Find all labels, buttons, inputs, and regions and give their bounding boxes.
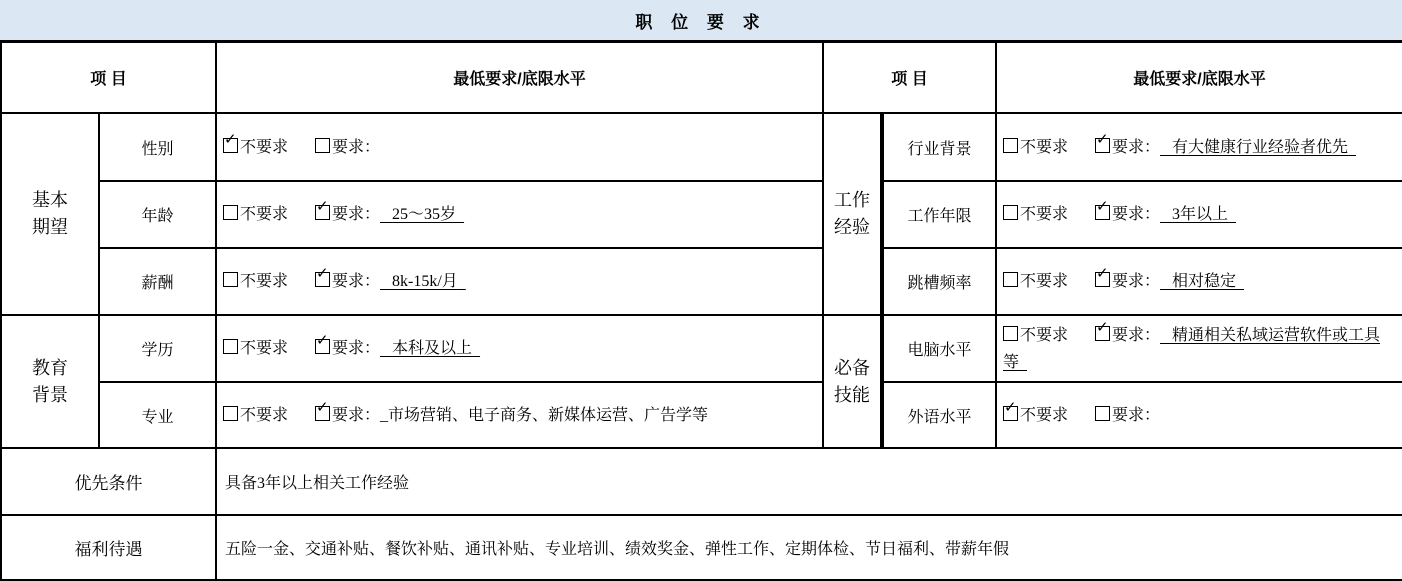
no-requirement-option: 不要求: [223, 201, 288, 228]
req-computer-skill-cell: 不要求要求：精通相关私域运营软件或工具等: [997, 316, 1402, 381]
requirement-option: 要求：: [1095, 201, 1160, 228]
no-requirement-checkbox[interactable]: [1003, 272, 1018, 287]
requirement-checkbox[interactable]: [1095, 326, 1110, 341]
requirement-value: 3年以上: [1160, 206, 1236, 223]
requirement-option: 要求：: [315, 134, 380, 161]
benefits-value: 五险一金、交通补贴、餐饮补贴、通讯补贴、专业培训、绩效奖金、弹性工作、定期体检、…: [217, 516, 1402, 579]
requirement-option: 要求：: [1095, 134, 1160, 161]
requirement-label: 要求：: [332, 139, 380, 156]
attr-work-years: 工作年限: [884, 182, 995, 247]
no-requirement-label: 不要求: [1020, 273, 1068, 290]
requirement-label: 要求：: [332, 206, 380, 223]
group-work-experience: 工作 经验: [824, 114, 880, 314]
requirement-option: 要求：: [315, 335, 380, 362]
requirement-option: 要求：: [315, 201, 380, 228]
header-item-left: 项 目: [2, 43, 215, 112]
req-gender-cell: 不要求要求：: [217, 114, 822, 180]
requirement-checkbox[interactable]: [1095, 406, 1110, 421]
no-requirement-checkbox[interactable]: [1003, 326, 1018, 341]
req-education-cell: 不要求要求：本科及以上: [217, 316, 822, 381]
no-requirement-checkbox[interactable]: [1003, 205, 1018, 220]
req-major-cell: 不要求要求：_市场营销、电子商务、新媒体运营、广告学等: [217, 383, 822, 447]
no-requirement-option: 不要求: [223, 268, 288, 295]
no-requirement-checkbox[interactable]: [223, 406, 238, 421]
priority-conditions-value: 具备3年以上相关工作经验: [217, 449, 1402, 514]
no-requirement-option: 不要求: [1003, 322, 1068, 349]
requirement-option: 要求：: [1095, 402, 1160, 429]
requirement-checkbox[interactable]: [315, 339, 330, 354]
no-requirement-label: 不要求: [1020, 327, 1068, 344]
req-job-hopping-cell: 不要求要求：相对稳定: [997, 249, 1402, 314]
no-requirement-label: 不要求: [240, 139, 288, 156]
req-age-cell: 不要求要求：25～35岁: [217, 182, 822, 247]
no-requirement-checkbox[interactable]: [223, 205, 238, 220]
attr-salary: 薪酬: [100, 249, 215, 314]
requirement-option: 要求：: [1095, 268, 1160, 295]
requirement-label: 要求：: [1112, 273, 1160, 290]
no-requirement-option: 不要求: [223, 402, 288, 429]
attr-age: 年龄: [100, 182, 215, 247]
requirement-label: 要求：: [332, 407, 380, 424]
attr-job-hopping: 跳槽频率: [884, 249, 995, 314]
req-work-years-cell: 不要求要求：3年以上: [997, 182, 1402, 247]
no-requirement-option: 不要求: [1003, 134, 1068, 161]
no-requirement-label: 不要求: [1020, 206, 1068, 223]
no-requirement-option: 不要求: [223, 134, 288, 161]
requirement-option: 要求：: [315, 402, 380, 429]
requirement-checkbox[interactable]: [1095, 205, 1110, 220]
requirement-checkbox[interactable]: [1095, 138, 1110, 153]
requirement-checkbox[interactable]: [315, 138, 330, 153]
no-requirement-option: 不要求: [223, 335, 288, 362]
requirement-value: 本科及以上: [380, 340, 480, 357]
header-requirement-left: 最低要求/底限水平: [217, 43, 822, 112]
req-salary-cell: 不要求要求：8k-15k/月: [217, 249, 822, 314]
requirement-label: 要求：: [332, 273, 380, 290]
header-item-right: 项 目: [824, 43, 995, 112]
requirement-value: 8k-15k/月: [380, 273, 466, 290]
attr-education-level: 学历: [100, 316, 215, 381]
group-education-background: 教育 背景: [2, 316, 98, 447]
no-requirement-label: 不要求: [240, 206, 288, 223]
requirement-value: 相对稳定: [1160, 273, 1244, 290]
header-requirement-right: 最低要求/底限水平: [997, 43, 1402, 112]
group-required-skills: 必备 技能: [824, 316, 880, 447]
requirement-option: 要求：: [315, 268, 380, 295]
no-requirement-label: 不要求: [1020, 407, 1068, 424]
requirement-checkbox[interactable]: [315, 406, 330, 421]
no-requirement-label: 不要求: [240, 407, 288, 424]
table-title: 职 位 要 求: [0, 0, 1402, 40]
attr-industry-background: 行业背景: [884, 114, 995, 180]
requirement-value: 有大健康行业经验者优先: [1160, 139, 1356, 156]
priority-conditions-label: 优先条件: [2, 449, 215, 514]
requirement-value: 25～35岁: [380, 206, 464, 223]
job-requirements-table: 职 位 要 求 项 目 最低要求/底限水平 项 目 最低要求/底限水平 基本 期…: [0, 0, 1402, 581]
no-requirement-label: 不要求: [240, 340, 288, 357]
no-requirement-checkbox[interactable]: [223, 339, 238, 354]
group-basic-expectations: 基本 期望: [2, 114, 98, 314]
requirement-label: 要求：: [332, 340, 380, 357]
benefits-label: 福利待遇: [2, 516, 215, 579]
no-requirement-checkbox[interactable]: [223, 138, 238, 153]
requirement-value: _市场营销、电子商务、新媒体运营、广告学等: [380, 407, 708, 424]
no-requirement-option: 不要求: [1003, 268, 1068, 295]
requirement-label: 要求：: [1112, 139, 1160, 156]
attr-major: 专业: [100, 383, 215, 447]
no-requirement-label: 不要求: [1020, 139, 1068, 156]
requirement-checkbox[interactable]: [315, 205, 330, 220]
attr-foreign-language: 外语水平: [884, 383, 995, 447]
requirement-checkbox[interactable]: [1095, 272, 1110, 287]
requirement-label: 要求：: [1112, 206, 1160, 223]
req-foreign-language-cell: 不要求要求：: [997, 383, 1402, 447]
no-requirement-option: 不要求: [1003, 201, 1068, 228]
requirement-option: 要求：: [1095, 322, 1160, 349]
requirement-label: 要求：: [1112, 327, 1160, 344]
no-requirement-checkbox[interactable]: [1003, 138, 1018, 153]
no-requirement-checkbox[interactable]: [223, 272, 238, 287]
requirement-checkbox[interactable]: [315, 272, 330, 287]
no-requirement-checkbox[interactable]: [1003, 406, 1018, 421]
attr-gender: 性别: [100, 114, 215, 180]
no-requirement-option: 不要求: [1003, 402, 1068, 429]
req-industry-background-cell: 不要求要求：有大健康行业经验者优先: [997, 114, 1402, 180]
attr-computer-skill: 电脑水平: [884, 316, 995, 381]
requirement-label: 要求：: [1112, 407, 1160, 424]
no-requirement-label: 不要求: [240, 273, 288, 290]
